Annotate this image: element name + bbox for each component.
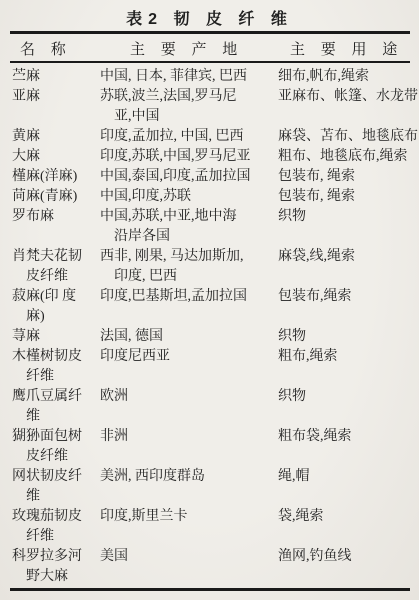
fiber-name-cell: 黄麻 [12, 127, 100, 147]
table-row: 菽麻(印 度 麻) 印度,巴基斯坦,孟加拉国 包装布,绳索 [10, 287, 419, 327]
use-cell: 包装布,绳索 [278, 287, 419, 307]
use-cell: 渔网,钓鱼线 [278, 547, 419, 567]
table-row: 木槿树韧皮 纤维 印度尼西亚 粗布,绳索 [10, 347, 419, 387]
fiber-name-cell: 猢狲面包树 皮纤维 [12, 427, 100, 467]
origin-cell: 印度,斯里兰卡 [100, 507, 278, 527]
fiber-name-cell: 亚麻 [12, 87, 100, 107]
use-cell: 袋,绳索 [278, 507, 419, 527]
table-row: 苎麻 中国, 日本, 菲律宾, 巴西 细布,帆布,绳索 [10, 67, 419, 87]
fiber-name-cell: 罗布麻 [12, 207, 100, 227]
origin-cell: 印度,孟加拉, 中国, 巴西 [100, 127, 278, 147]
fiber-name-cell: 大麻 [12, 147, 100, 167]
use-cell: 细布,帆布,绳索 [278, 67, 419, 87]
table-rule-bottom [10, 588, 410, 591]
header-origin-label: 主 要 产 地 [100, 38, 278, 60]
fiber-name-cell: 菽麻(印 度 麻) [12, 287, 100, 327]
header-use-label: 主 要 用 途 [278, 38, 410, 60]
origin-cell: 印度尼西亚 [100, 347, 278, 367]
origin-cell: 中国,泰国,印度,孟加拉国 [100, 167, 278, 187]
fiber-name-cell: 玫瑰茄韧皮 纤维 [12, 507, 100, 547]
table-row: 亚麻 苏联,波兰,法国,罗马尼 亚,中国 亚麻布、帐篷、水龙带 [10, 87, 419, 127]
origin-cell: 苏联,波兰,法国,罗马尼 亚,中国 [100, 87, 278, 127]
use-cell: 绳,帽 [278, 467, 419, 487]
header-name-label: 名 称 [10, 38, 100, 60]
fiber-name-cell: 网状韧皮纤 维 [12, 467, 100, 507]
origin-cell: 美洲, 西印度群岛 [100, 467, 278, 487]
use-cell: 粗布,绳索 [278, 347, 419, 367]
use-cell: 织物 [278, 387, 419, 407]
table-row: 肖梵夫花韧 皮纤维 西非, 刚果, 马达加斯加, 印度, 巴西 麻袋,线,绳索 [10, 247, 419, 287]
fiber-name-cell: 荨麻 [12, 327, 100, 347]
table-row: 科罗拉多河 野大麻 美国 渔网,钓鱼线 [10, 547, 419, 587]
origin-cell: 中国, 日本, 菲律宾, 巴西 [100, 67, 278, 87]
table-row: 网状韧皮纤 维 美洲, 西印度群岛 绳,帽 [10, 467, 419, 507]
use-cell: 粗布、地毯底布,绳索 [278, 147, 419, 167]
table-row: 黄麻 印度,孟加拉, 中国, 巴西 麻袋、苫布、地毯底布 [10, 127, 419, 147]
table-title: 表2 韧 皮 纤 维 [0, 6, 419, 29]
fiber-name-cell: 肖梵夫花韧 皮纤维 [12, 247, 100, 287]
fiber-name-cell: 科罗拉多河 野大麻 [12, 547, 100, 587]
fiber-name-cell: 鹰爪豆属纤 维 [12, 387, 100, 427]
fiber-name-cell: 苘麻(青麻) [12, 187, 100, 207]
table-rule-top [10, 31, 410, 34]
origin-cell: 印度,苏联,中国,罗马尼亚 [100, 147, 278, 167]
origin-cell: 美国 [100, 547, 278, 567]
use-cell: 麻袋,线,绳索 [278, 247, 419, 267]
use-cell: 包装布, 绳索 [278, 187, 419, 207]
origin-cell: 法国, 德国 [100, 327, 278, 347]
table-body: 苎麻 中国, 日本, 菲律宾, 巴西 细布,帆布,绳索 亚麻 苏联,波兰,法国,… [10, 67, 419, 587]
origin-cell: 中国,印度,苏联 [100, 187, 278, 207]
fiber-name-cell: 苎麻 [12, 67, 100, 87]
use-cell: 织物 [278, 207, 419, 227]
origin-cell: 印度,巴基斯坦,孟加拉国 [100, 287, 278, 307]
table-row: 猢狲面包树 皮纤维 非洲 粗布袋,绳索 [10, 427, 419, 467]
use-cell: 织物 [278, 327, 419, 347]
fiber-name-cell: 槿麻(洋麻) [12, 167, 100, 187]
table-row: 罗布麻 中国,苏联,中亚,地中海 沿岸各国 织物 [10, 207, 419, 247]
origin-cell: 中国,苏联,中亚,地中海 沿岸各国 [100, 207, 278, 247]
origin-cell: 西非, 刚果, 马达加斯加, 印度, 巴西 [100, 247, 278, 287]
table-header-row: 名 称 主 要 产 地 主 要 用 途 [10, 38, 410, 60]
fiber-name-cell: 木槿树韧皮 纤维 [12, 347, 100, 387]
use-cell: 粗布袋,绳索 [278, 427, 419, 447]
origin-cell: 非洲 [100, 427, 278, 447]
table-rule-header [10, 61, 410, 63]
use-cell: 亚麻布、帐篷、水龙带 [278, 87, 419, 107]
use-cell: 包装布, 绳索 [278, 167, 419, 187]
table-row: 鹰爪豆属纤 维 欧洲 织物 [10, 387, 419, 427]
table-row: 大麻 印度,苏联,中国,罗马尼亚 粗布、地毯底布,绳索 [10, 147, 419, 167]
use-cell: 麻袋、苫布、地毯底布 [278, 127, 419, 147]
table-row: 苘麻(青麻) 中国,印度,苏联 包装布, 绳索 [10, 187, 419, 207]
table-row: 槿麻(洋麻) 中国,泰国,印度,孟加拉国 包装布, 绳索 [10, 167, 419, 187]
table-row: 荨麻 法国, 德国 织物 [10, 327, 419, 347]
document-page: 表2 韧 皮 纤 维 名 称 主 要 产 地 主 要 用 途 苎麻 中国, 日本… [0, 0, 419, 600]
origin-cell: 欧洲 [100, 387, 278, 407]
table-row: 玫瑰茄韧皮 纤维 印度,斯里兰卡 袋,绳索 [10, 507, 419, 547]
